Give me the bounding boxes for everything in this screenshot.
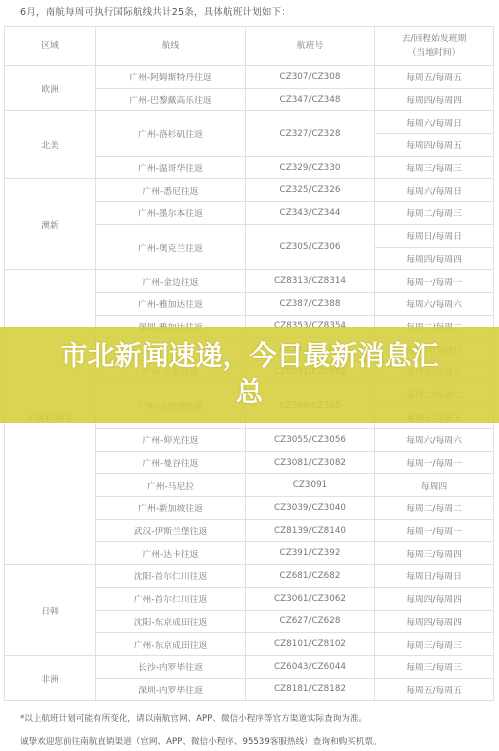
- route-cell: 广州-新加坡往返: [96, 497, 246, 520]
- header-flight-number: 航班号: [246, 27, 375, 66]
- schedule-cell: 每周二/每周二: [375, 497, 494, 520]
- table-row: 非洲长沙-内罗毕往返CZ6043/CZ6044每周三/每周三: [5, 655, 494, 678]
- flight-number-cell: CZ627/CZ628: [246, 610, 375, 633]
- flight-number-cell: CZ8181/CZ8182: [246, 678, 375, 701]
- schedule-cell: 每周日/每周日: [375, 565, 494, 588]
- flight-number-cell: CZ387/CZ388: [246, 292, 375, 315]
- note-booking: 诚挚欢迎您前往南航直销渠道（官网、APP、微信小程序、95539客服热线）查询和…: [20, 735, 382, 747]
- schedule-cell: 每周五/每周五: [375, 66, 494, 89]
- note-disclaimer: *以上航班计划可能有所变化，请以南航官网、APP、微信小程序等官方渠道实际查询为…: [20, 712, 367, 724]
- route-cell: 深圳-内罗毕往返: [96, 678, 246, 701]
- flight-number-cell: CZ347/CZ348: [246, 88, 375, 111]
- schedule-cell: 每周六/每周六: [375, 429, 494, 452]
- header-route: 航线: [96, 27, 246, 66]
- schedule-cell: 每周四/每周四: [375, 247, 494, 270]
- table-row: 北美广州-洛杉矶往返CZ327/CZ328每周六/每周日: [5, 111, 494, 134]
- table-header-row: 区域 航线 航班号 去/回程始发班期 （当地时间）: [5, 27, 494, 66]
- route-cell: 广州-马尼拉: [96, 474, 246, 497]
- region-cell: 澳新: [5, 179, 96, 270]
- flight-number-cell: CZ3081/CZ3082: [246, 451, 375, 474]
- schedule-cell: 每周一/每周一: [375, 519, 494, 542]
- flight-number-cell: CZ327/CZ328: [246, 111, 375, 156]
- schedule-cell: 每周日/每周日: [375, 224, 494, 247]
- route-cell: 广州-奥克兰往返: [96, 224, 246, 269]
- schedule-cell: 每周四/每周五: [375, 134, 494, 157]
- route-cell: 广州-达卡往返: [96, 542, 246, 565]
- schedule-cell: 每周三/每周三: [375, 156, 494, 179]
- flight-number-cell: CZ343/CZ344: [246, 202, 375, 225]
- schedule-cell: 每周四/每周四: [375, 587, 494, 610]
- header-region: 区域: [5, 27, 96, 66]
- schedule-cell: 每周四/每周四: [375, 610, 494, 633]
- schedule-cell: 每周四: [375, 474, 494, 497]
- flight-number-cell: CZ3039/CZ3040: [246, 497, 375, 520]
- flight-number-cell: CZ8139/CZ8140: [246, 519, 375, 542]
- route-cell: 广州-东京成田往返: [96, 633, 246, 656]
- flight-number-cell: CZ6043/CZ6044: [246, 655, 375, 678]
- route-cell: 武汉-伊斯兰堡往返: [96, 519, 246, 542]
- flight-number-cell: CZ3055/CZ3056: [246, 429, 375, 452]
- route-cell: 广州-阿姆斯特丹往返: [96, 66, 246, 89]
- route-cell: 广州-首尔仁川往返: [96, 587, 246, 610]
- schedule-cell: 每周三/每周三: [375, 633, 494, 656]
- headline-text: 市北新闻速递，今日最新消息汇总: [50, 339, 450, 411]
- route-cell: 广州-悉尼往返: [96, 179, 246, 202]
- header-schedule-line1: 去/回程始发班期: [375, 32, 493, 46]
- route-cell: 广州-墨尔本往返: [96, 202, 246, 225]
- flight-number-cell: CZ329/CZ330: [246, 156, 375, 179]
- flight-number-cell: CZ3091: [246, 474, 375, 497]
- flight-number-cell: CZ307/CZ308: [246, 66, 375, 89]
- route-cell: 广州-曼谷往返: [96, 451, 246, 474]
- route-cell: 广州-仰光往返: [96, 429, 246, 452]
- intro-text: 6月，南航每周可执行国际航线共计25条，具体航班计划如下：: [20, 4, 291, 18]
- route-cell: 广州-金边往返: [96, 270, 246, 293]
- flight-number-cell: CZ681/CZ682: [246, 565, 375, 588]
- header-schedule-line2: （当地时间）: [375, 46, 493, 60]
- header-schedule: 去/回程始发班期 （当地时间）: [375, 27, 494, 66]
- schedule-cell: 每周一/每周一: [375, 270, 494, 293]
- route-cell: 广州-雅加达往返: [96, 292, 246, 315]
- schedule-cell: 每周六/每周六: [375, 292, 494, 315]
- region-cell: 日韩: [5, 565, 96, 656]
- schedule-cell: 每周六/每周日: [375, 111, 494, 134]
- flight-number-cell: CZ305/CZ306: [246, 224, 375, 269]
- route-cell: 长沙-内罗毕往返: [96, 655, 246, 678]
- table-row: 日韩沈阳-首尔仁川往返CZ681/CZ682每周日/每周日: [5, 565, 494, 588]
- region-cell: 欧洲: [5, 66, 96, 111]
- schedule-cell: 每周三/每周三: [375, 655, 494, 678]
- schedule-cell: 每周五/每周五: [375, 678, 494, 701]
- flight-number-cell: CZ8313/CZ8314: [246, 270, 375, 293]
- route-cell: 沈阳-首尔仁川往返: [96, 565, 246, 588]
- schedule-cell: 每周一/每周一: [375, 451, 494, 474]
- region-cell: 非洲: [5, 655, 96, 700]
- table-row: 东南亚/南亚广州-金边往返CZ8313/CZ8314每周一/每周一: [5, 270, 494, 293]
- flight-number-cell: CZ325/CZ326: [246, 179, 375, 202]
- headline-banner: 市北新闻速递，今日最新消息汇总: [0, 327, 499, 423]
- schedule-cell: 每周四/每周四: [375, 88, 494, 111]
- route-cell: 沈阳-东京成田往返: [96, 610, 246, 633]
- flight-number-cell: CZ391/CZ392: [246, 542, 375, 565]
- route-cell: 广州-洛杉矶往返: [96, 111, 246, 156]
- flight-number-cell: CZ8101/CZ8102: [246, 633, 375, 656]
- route-cell: 广州-巴黎戴高乐往返: [96, 88, 246, 111]
- schedule-cell: 每周二/每周三: [375, 202, 494, 225]
- table-row: 澳新广州-悉尼往返CZ325/CZ326每周六/每周日: [5, 179, 494, 202]
- schedule-cell: 每周三/每周四: [375, 542, 494, 565]
- route-cell: 广州-温哥华往返: [96, 156, 246, 179]
- schedule-cell: 每周六/每周日: [375, 179, 494, 202]
- region-cell: 北美: [5, 111, 96, 179]
- flight-number-cell: CZ3061/CZ3062: [246, 587, 375, 610]
- table-row: 欧洲广州-阿姆斯特丹往返CZ307/CZ308每周五/每周五: [5, 66, 494, 89]
